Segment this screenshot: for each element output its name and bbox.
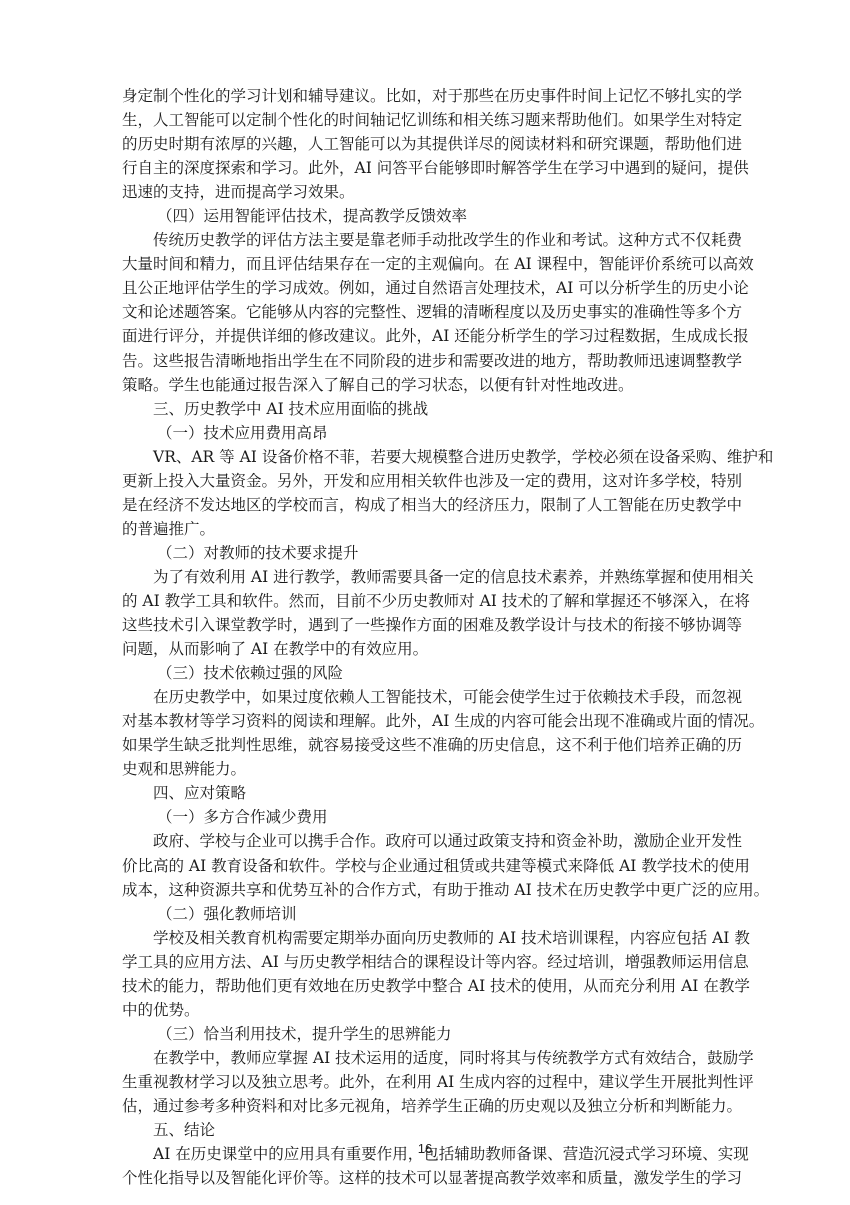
body-line: 大量时间和精力，而且评估结果存在一定的主观偏向。在 AI 课程中，智能评价系统可… bbox=[122, 252, 728, 276]
document-page: 身定制个性化的学习计划和辅导建议。比如，对于那些在历史事件时间上记忆不够扎实的学… bbox=[122, 84, 728, 1190]
body-line: 成本，这种资源共享和优势互补的合作方式，有助于推动 AI 技术在历史教学中更广泛… bbox=[122, 878, 728, 902]
body-line: 生重视教材学习以及独立思考。此外，在利用 AI 生成内容的过程中，建议学生开展批… bbox=[122, 1070, 728, 1094]
paragraph-first-line: 传统历史教学的评估方法主要是靠老师手动批改学生的作业和考试。这种方式不仅耗费 bbox=[122, 228, 728, 252]
body-line: 且公正地评估学生的学习成效。例如，通过自然语言处理技术，AI 可以分析学生的历史… bbox=[122, 276, 728, 300]
body-line: 个性化指导以及智能化评价等。这样的技术可以显著提高教学效率和质量，激发学生的学习 bbox=[122, 1166, 728, 1190]
body-line: 如果学生缺乏批判性思维，就容易接受这些不准确的历史信息，这不利于他们培养正确的历 bbox=[122, 733, 728, 757]
paragraph-last-line: 的普遍推广。 bbox=[122, 517, 728, 541]
body-line: 对基本教材等学习资料的阅读和理解。此外，AI 生成的内容可能会出现不准确或片面的… bbox=[122, 709, 728, 733]
subsection-heading: （二）对教师的技术要求提升 bbox=[122, 541, 728, 565]
paragraph-first-line: 政府、学校与企业可以携手合作。政府可以通过政策支持和资金补助，激励企业开发性 bbox=[122, 829, 728, 853]
body-line: 面进行评分，并提供详细的修改建议。此外，AI 还能分析学生的学习过程数据，生成成… bbox=[122, 324, 728, 348]
body-line: 的 AI 教学工具和软件。然而，目前不少历史教师对 AI 技术的了解和掌握还不够… bbox=[122, 589, 728, 613]
body-line: 文和论述题答案。它能够从内容的完整性、逻辑的清晰程度以及历史事实的准确性等多个方 bbox=[122, 300, 728, 324]
paragraph-first-line: VR、AR 等 AI 设备价格不菲，若要大规模整合进历史教学，学校必须在设备采购… bbox=[122, 445, 728, 469]
section-heading: 五、结论 bbox=[122, 1118, 728, 1142]
paragraph-last-line: 史观和思辨能力。 bbox=[122, 757, 728, 781]
body-line: 这些技术引入课堂教学时，遇到了一些操作方面的困难及教学设计与技术的衔接不够协调等 bbox=[122, 613, 728, 637]
paragraph-last-line: 策略。学生也能通过报告深入了解自己的学习状态，以便有针对性地改进。 bbox=[122, 373, 728, 397]
body-line: 的历史时期有浓厚的兴趣，人工智能可以为其提供详尽的阅读材料和研究课题，帮助他们进 bbox=[122, 132, 728, 156]
body-line: 行自主的深度探索和学习。此外，AI 问答平台能够即时解答学生在学习中遇到的疑问，… bbox=[122, 156, 728, 180]
subsection-heading: （三）技术依赖过强的风险 bbox=[122, 661, 728, 685]
body-line: 身定制个性化的学习计划和辅导建议。比如，对于那些在历史事件时间上记忆不够扎实的学 bbox=[122, 84, 728, 108]
document-body: 身定制个性化的学习计划和辅导建议。比如，对于那些在历史事件时间上记忆不够扎实的学… bbox=[122, 84, 728, 1190]
subsection-heading: （二）强化教师培训 bbox=[122, 902, 728, 926]
paragraph-last-line: 中的优势。 bbox=[122, 998, 728, 1022]
subsection-heading: （三）恰当利用技术，提升学生的思辨能力 bbox=[122, 1022, 728, 1046]
page-number: 16 bbox=[0, 1141, 850, 1156]
subsection-heading: （四）运用智能评估技术，提高教学反馈效率 bbox=[122, 204, 728, 228]
section-heading: 四、应对策略 bbox=[122, 781, 728, 805]
body-line: 是在经济不发达地区的学校而言，构成了相当大的经济压力，限制了人工智能在历史教学中 bbox=[122, 493, 728, 517]
paragraph-first-line: 为了有效利用 AI 进行教学，教师需要具备一定的信息技术素养，并熟练掌握和使用相… bbox=[122, 565, 728, 589]
paragraph-first-line: 在教学中，教师应掌握 AI 技术运用的适度，同时将其与传统教学方式有效结合，鼓励… bbox=[122, 1046, 728, 1070]
section-heading: 三、历史教学中 AI 技术应用面临的挑战 bbox=[122, 397, 728, 421]
body-line: 技术的能力，帮助他们更有效地在历史教学中整合 AI 技术的使用，从而充分利用 A… bbox=[122, 974, 728, 998]
body-line: 更新上投入大量资金。另外，开发和应用相关软件也涉及一定的费用，这对许多学校，特别 bbox=[122, 469, 728, 493]
subsection-heading: （一）多方合作减少费用 bbox=[122, 805, 728, 829]
body-line: 价比高的 AI 教育设备和软件。学校与企业通过租赁或共建等模式来降低 AI 教学… bbox=[122, 854, 728, 878]
paragraph-last-line: 迅速的支持，进而提高学习效果。 bbox=[122, 180, 728, 204]
paragraph-last-line: 问题，从而影响了 AI 在教学中的有效应用。 bbox=[122, 637, 728, 661]
body-line: 生，人工智能可以定制个性化的时间轴记忆训练和相关练习题来帮助他们。如果学生对特定 bbox=[122, 108, 728, 132]
body-line: 估，通过参考多种资料和对比多元视角，培养学生正确的历史观以及独立分析和判断能力。 bbox=[122, 1094, 728, 1118]
paragraph-first-line: 在历史教学中，如果过度依赖人工智能技术，可能会使学生过于依赖技术手段，而忽视 bbox=[122, 685, 728, 709]
body-line: 告。这些报告清晰地指出学生在不同阶段的进步和需要改进的地方，帮助教师迅速调整教学 bbox=[122, 349, 728, 373]
body-line: 学工具的应用方法、AI 与历史教学相结合的课程设计等内容。经过培训，增强教师运用… bbox=[122, 950, 728, 974]
paragraph-first-line: 学校及相关教育机构需要定期举办面向历史教师的 AI 技术培训课程，内容应包括 A… bbox=[122, 926, 728, 950]
subsection-heading: （一）技术应用费用高昂 bbox=[122, 421, 728, 445]
